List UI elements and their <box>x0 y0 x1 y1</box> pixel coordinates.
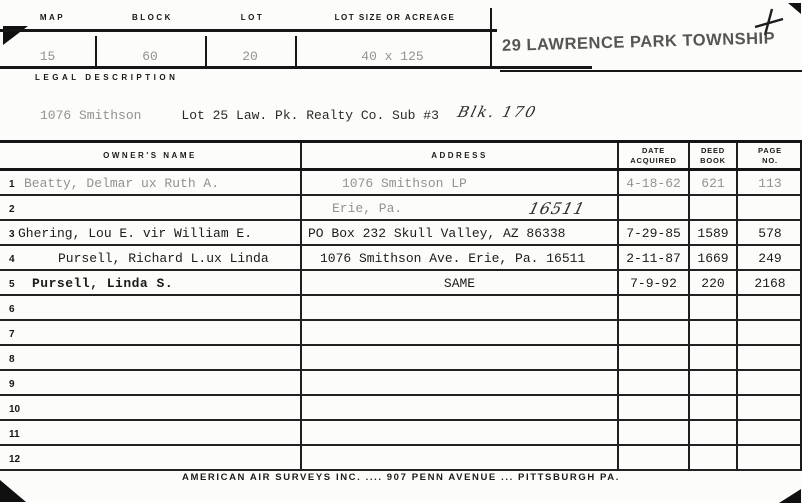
date-acquired-cell <box>617 371 688 394</box>
column-header-date-acquired: DATE ACQUIRED <box>617 143 688 168</box>
address-cell: 1076 Smithson LP <box>302 176 467 191</box>
date-acquired-cell: 2-11-87 <box>617 246 688 269</box>
legal-description-line: 1076 SmithsonLot 25 Law. Pk. Realty Co. … <box>40 106 439 124</box>
table-row: 11 <box>0 421 800 446</box>
row-number: 1 <box>9 179 15 190</box>
deed-book-cell <box>688 196 736 219</box>
row-number: 9 <box>9 379 15 390</box>
row-number: 12 <box>9 454 20 465</box>
owner-name-cell: Pursell, Linda S. <box>0 276 173 291</box>
date-acquired-cell <box>617 346 688 369</box>
legal-street-text: 1076 Smithson <box>40 108 141 123</box>
date-acquired-cell <box>617 421 688 444</box>
stamp-underline-rule <box>500 70 802 72</box>
column-header-address: ADDRESS <box>300 143 617 168</box>
owner-name-cell: Pursell, Richard L.ux Linda <box>0 251 269 266</box>
page-no-cell: 2168 <box>736 271 802 294</box>
property-record-card: MAP BLOCK LOT LOT SIZE OR ACREAGE 15 60 … <box>0 0 802 503</box>
page-no-cell <box>736 321 802 344</box>
row-number: 6 <box>9 304 15 315</box>
parcel-header-rule <box>0 29 497 32</box>
page-no-cell <box>736 196 802 219</box>
table-row: 1Beatty, Delmar ux Ruth A. 1076 Smithson… <box>0 171 800 196</box>
parcel-right-divider <box>490 8 492 68</box>
page-no-cell: 113 <box>736 171 802 194</box>
page-no-cell <box>736 421 802 444</box>
lot-value: 20 <box>205 49 295 64</box>
row-number: 10 <box>9 404 20 415</box>
row-number: 4 <box>9 254 15 265</box>
legal-handwritten-note: Blk. 170 <box>456 103 540 121</box>
date-acquired-cell <box>617 446 688 469</box>
row-number: 3 <box>9 229 15 240</box>
handwritten-zip-note: 16511 <box>527 199 588 218</box>
legal-subdivision-text: Lot 25 Law. Pk. Realty Co. Sub #3 <box>181 108 438 123</box>
lot-label: LOT <box>210 13 295 22</box>
table-row: 2 Erie, Pa.16511 <box>0 196 800 221</box>
column-header-owners-name: OWNER'S NAME <box>0 143 300 168</box>
row-number: 8 <box>9 354 15 365</box>
page-no-cell: 578 <box>736 221 802 244</box>
table-row: 4Pursell, Richard L.ux Linda 1076 Smiths… <box>0 246 800 271</box>
scan-artifact-top-right <box>788 3 801 14</box>
scan-artifact-bottom-left <box>0 480 26 502</box>
deed-book-cell <box>688 321 736 344</box>
deed-book-cell <box>688 296 736 319</box>
deed-book-cell <box>688 446 736 469</box>
deed-book-cell <box>688 346 736 369</box>
page-no-cell <box>736 346 802 369</box>
deed-book-cell: 621 <box>688 171 736 194</box>
table-row: 6 <box>0 296 800 321</box>
owner-name-cell: Beatty, Delmar ux Ruth A. <box>0 176 219 191</box>
column-header-deed-book: DEED BOOK <box>688 143 736 168</box>
legal-description-label: LEGAL DESCRIPTION <box>35 73 178 82</box>
address-cell: SAME <box>444 276 475 291</box>
deed-book-cell <box>688 371 736 394</box>
address-cell: 1076 Smithson Ave. Erie, Pa. 16511 <box>302 251 585 266</box>
lot-size-value: 40 x 125 <box>295 49 490 64</box>
date-acquired-cell <box>617 196 688 219</box>
date-acquired-cell <box>617 396 688 419</box>
page-no-cell <box>736 371 802 394</box>
page-no-cell: 249 <box>736 246 802 269</box>
date-acquired-cell <box>617 321 688 344</box>
address-cell: PO Box 232 Skull Valley, AZ 86338 <box>302 226 565 241</box>
owner-name-cell: Ghering, Lou E. vir William E. <box>0 226 252 241</box>
page-no-cell <box>736 396 802 419</box>
address-cell: Erie, Pa. <box>302 201 402 216</box>
owners-table-header-row: OWNER'S NAME ADDRESS DATE ACQUIRED DEED … <box>0 143 800 171</box>
deed-book-cell: 1589 <box>688 221 736 244</box>
table-row: 12 <box>0 446 800 471</box>
scan-artifact-bottom-right <box>779 489 801 503</box>
deed-book-cell: 220 <box>688 271 736 294</box>
page-no-cell <box>736 296 802 319</box>
deed-book-cell <box>688 421 736 444</box>
row-number: 11 <box>9 429 20 440</box>
lot-size-label: LOT SIZE OR ACREAGE <box>300 13 490 22</box>
parcel-bottom-rule <box>0 66 592 69</box>
row-number: 7 <box>9 329 15 340</box>
block-value: 60 <box>95 49 205 64</box>
page-no-cell <box>736 446 802 469</box>
deed-book-cell: 1669 <box>688 246 736 269</box>
table-row: 8 <box>0 346 800 371</box>
date-acquired-cell <box>617 296 688 319</box>
table-row: 7 <box>0 321 800 346</box>
date-acquired-cell: 7-29-85 <box>617 221 688 244</box>
table-row: 10 <box>0 396 800 421</box>
column-header-page-no: PAGE NO. <box>736 143 802 168</box>
owners-table: OWNER'S NAME ADDRESS DATE ACQUIRED DEED … <box>0 140 802 471</box>
map-value: 15 <box>0 49 95 64</box>
block-label: BLOCK <box>100 13 205 22</box>
row-number: 5 <box>9 279 15 290</box>
row-number: 2 <box>9 204 15 215</box>
table-row: 3Ghering, Lou E. vir William E. PO Box 2… <box>0 221 800 246</box>
date-acquired-cell: 7-9-92 <box>617 271 688 294</box>
table-row: 9 <box>0 371 800 396</box>
township-stamp: 29 LAWRENCE PARK TOWNSHIP <box>502 29 782 56</box>
footer-text: AMERICAN AIR SURVEYS INC. .... 907 PENN … <box>0 472 802 483</box>
table-row: 5Pursell, Linda S. SAME 7-9-92 220 2168 <box>0 271 800 296</box>
date-acquired-cell: 4-18-62 <box>617 171 688 194</box>
deed-book-cell <box>688 396 736 419</box>
map-label: MAP <box>10 13 95 22</box>
